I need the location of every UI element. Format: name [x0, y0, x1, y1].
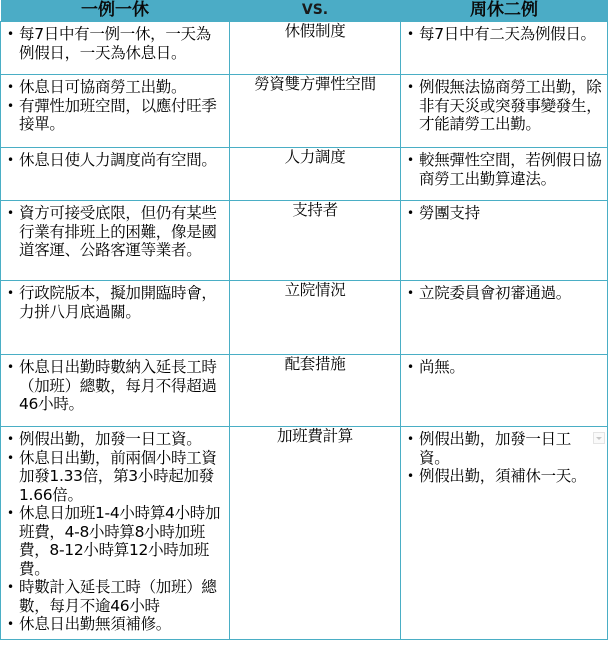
right-cell: •每7日中有二天為例假日。 — [401, 22, 608, 75]
list-item: •有彈性加班空間，以應付旺季接單。 — [7, 97, 225, 134]
left-cell: •休息日可協商勞工出勤。 •有彈性加班空間，以應付旺季接單。 — [1, 75, 230, 148]
item-text: 立院委員會初審通過。 — [419, 284, 571, 302]
list-item: •每7日中有二天為例假日。 — [407, 25, 603, 44]
list-item: •休息日出勤無須補修。 — [7, 615, 225, 634]
list-item: •例假出勤，加發一日工資。 — [407, 430, 589, 467]
bullet-icon: • — [407, 467, 414, 486]
right-list: •例假無法協商勞工出勤，除非有天災或突發事變發生，才能請勞工出勤。 — [401, 75, 607, 134]
header-row: 一例一休 VS. 周休二例 — [1, 0, 608, 22]
bullet-icon: • — [7, 97, 14, 116]
bullet-icon: • — [7, 615, 14, 634]
right-list: •勞團支持 — [401, 201, 607, 223]
right-list: •例假出勤，加發一日工資。 •例假出勤，須補休一天。 — [401, 427, 607, 486]
category-cell: 勞資雙方彈性空間 — [230, 75, 401, 148]
item-text: 休息日可協商勞工出勤。 — [19, 78, 186, 96]
bullet-icon: • — [7, 430, 14, 449]
list-item: •休息日可協商勞工出勤。 — [7, 78, 225, 97]
list-item: •較無彈性空間，若例假日協商勞工出勤算違法。 — [407, 151, 603, 188]
right-cell: •較無彈性空間，若例假日協商勞工出勤算違法。 — [401, 148, 608, 201]
left-list: •行政院版本，擬加開臨時會，力拼八月底過關。 — [1, 281, 229, 321]
list-item: •立院委員會初審通過。 — [407, 284, 603, 303]
category-cell: 配套措施 — [230, 355, 401, 427]
left-list: •休息日出勤時數納入延長工時（加班）總數，每月不得超過46小時。 — [1, 355, 229, 414]
list-item: •休息日加班1-4小時算4小時加班費，4-8小時算8小時加班費，8-12小時算1… — [7, 504, 225, 578]
item-text: 例假出勤，須補休一天。 — [419, 467, 586, 485]
list-item: •休息日使人力調度尚有空間。 — [7, 151, 225, 170]
item-text: 每7日中有一例一休，一天為例假日，一天為休息日。 — [19, 25, 211, 62]
bullet-icon: • — [7, 78, 14, 97]
list-item: •勞團支持 — [407, 204, 603, 223]
bullet-icon: • — [407, 78, 414, 97]
header-middle: VS. — [230, 0, 401, 22]
header-right: 周休二例 — [401, 0, 608, 22]
table-row: •休息日使人力調度尚有空間。 人力調度 •較無彈性空間，若例假日協商勞工出勤算違… — [1, 148, 608, 201]
right-cell: •勞團支持 — [401, 201, 608, 281]
left-list: •例假出勤，加發一日工資。 •休息日出勤，前兩個小時工資加發1.33倍，第3小時… — [1, 427, 229, 634]
item-text: 休息日出勤時數納入延長工時（加班）總數，每月不得超過46小時。 — [19, 358, 217, 413]
left-cell: •每7日中有一例一休，一天為例假日，一天為休息日。 — [1, 22, 230, 75]
right-cell: •例假無法協商勞工出勤，除非有天災或突發事變發生，才能請勞工出勤。 — [401, 75, 608, 148]
list-item: •休息日出勤，前兩個小時工資加發1.33倍，第3小時起加發1.66倍。 — [7, 449, 225, 505]
left-list: •休息日使人力調度尚有空間。 — [1, 148, 229, 170]
table-row: •休息日可協商勞工出勤。 •有彈性加班空間，以應付旺季接單。 勞資雙方彈性空間 … — [1, 75, 608, 148]
category-cell: 休假制度 — [230, 22, 401, 75]
right-cell: •尚無。 — [401, 355, 608, 427]
table-row: •每7日中有一例一休，一天為例假日，一天為休息日。 休假制度 •每7日中有二天為… — [1, 22, 608, 75]
category-cell: 支持者 — [230, 201, 401, 281]
item-text: 休息日出勤，前兩個小時工資加發1.33倍，第3小時起加發1.66倍。 — [19, 449, 217, 504]
category-cell: 加班費計算 — [230, 427, 401, 640]
bullet-icon: • — [407, 358, 414, 377]
bullet-icon: • — [407, 284, 414, 303]
table-row: •資方可接受底限，但仍有某些行業有排班上的困難，像是國道客運、公路客運等業者。 … — [1, 201, 608, 281]
bullet-icon: • — [407, 25, 414, 44]
item-text: 例假出勤，加發一日工資。 — [19, 430, 201, 448]
left-list: •資方可接受底限，但仍有某些行業有排班上的困難，像是國道客運、公路客運等業者。 — [1, 201, 229, 260]
header-left: 一例一休 — [1, 0, 230, 22]
bullet-icon: • — [7, 358, 14, 377]
item-text: 尚無。 — [419, 358, 465, 376]
bullet-icon: • — [7, 504, 14, 523]
bullet-icon: • — [407, 430, 414, 449]
item-text: 例假無法協商勞工出勤，除非有天災或突發事變發生，才能請勞工出勤。 — [419, 78, 601, 133]
item-text: 資方可接受底限，但仍有某些行業有排班上的困難，像是國道客運、公路客運等業者。 — [19, 204, 217, 259]
item-text: 休息日出勤無須補修。 — [19, 615, 171, 633]
table-row: •行政院版本，擬加開臨時會，力拼八月底過關。 立院情況 •立院委員會初審通過。 — [1, 281, 608, 355]
table-row: •例假出勤，加發一日工資。 •休息日出勤，前兩個小時工資加發1.33倍，第3小時… — [1, 427, 608, 640]
list-item: •尚無。 — [407, 358, 603, 377]
chevron-down-icon[interactable] — [593, 432, 605, 444]
right-cell: •例假出勤，加發一日工資。 •例假出勤，須補休一天。 — [401, 427, 608, 640]
right-list: •立院委員會初審通過。 — [401, 281, 607, 303]
list-item: •例假出勤，加發一日工資。 — [7, 430, 225, 449]
bullet-icon: • — [7, 284, 14, 303]
bullet-icon: • — [7, 578, 14, 597]
category-cell: 立院情況 — [230, 281, 401, 355]
left-cell: •例假出勤，加發一日工資。 •休息日出勤，前兩個小時工資加發1.33倍，第3小時… — [1, 427, 230, 640]
right-cell: •立院委員會初審通過。 — [401, 281, 608, 355]
item-text: 每7日中有二天為例假日。 — [419, 25, 596, 43]
bullet-icon: • — [407, 204, 414, 223]
list-item: •例假出勤，須補休一天。 — [407, 467, 589, 486]
right-list: •每7日中有二天為例假日。 — [401, 22, 607, 44]
comparison-table: 一例一休 VS. 周休二例 •每7日中有一例一休，一天為例假日，一天為休息日。 … — [0, 0, 608, 640]
item-text: 勞團支持 — [419, 204, 480, 222]
bullet-icon: • — [7, 449, 14, 468]
list-item: •行政院版本，擬加開臨時會，力拼八月底過關。 — [7, 284, 225, 321]
list-item: •例假無法協商勞工出勤，除非有天災或突發事變發生，才能請勞工出勤。 — [407, 78, 603, 134]
item-text: 休息日使人力調度尚有空間。 — [19, 151, 217, 169]
bullet-icon: • — [7, 204, 14, 223]
table-row: •休息日出勤時數納入延長工時（加班）總數，每月不得超過46小時。 配套措施 •尚… — [1, 355, 608, 427]
item-text: 時數計入延長工時（加班）總數，每月不逾46小時 — [19, 578, 217, 615]
category-cell: 人力調度 — [230, 148, 401, 201]
left-list: •休息日可協商勞工出勤。 •有彈性加班空間，以應付旺季接單。 — [1, 75, 229, 134]
item-text: 行政院版本，擬加開臨時會，力拼八月底過關。 — [19, 284, 217, 321]
list-item: •時數計入延長工時（加班）總數，每月不逾46小時 — [7, 578, 225, 615]
right-list: •尚無。 — [401, 355, 607, 377]
item-text: 較無彈性空間，若例假日協商勞工出勤算違法。 — [419, 151, 601, 188]
list-item: •每7日中有一例一休，一天為例假日，一天為休息日。 — [7, 25, 225, 62]
left-cell: •休息日使人力調度尚有空間。 — [1, 148, 230, 201]
left-cell: •資方可接受底限，但仍有某些行業有排班上的困難，像是國道客運、公路客運等業者。 — [1, 201, 230, 281]
item-text: 例假出勤，加發一日工資。 — [419, 430, 571, 467]
list-item: •休息日出勤時數納入延長工時（加班）總數，每月不得超過46小時。 — [7, 358, 225, 414]
left-cell: •行政院版本，擬加開臨時會，力拼八月底過關。 — [1, 281, 230, 355]
bullet-icon: • — [7, 25, 14, 44]
item-text: 有彈性加班空間，以應付旺季接單。 — [19, 97, 217, 134]
item-text: 休息日加班1-4小時算4小時加班費，4-8小時算8小時加班費，8-12小時算12… — [19, 504, 220, 578]
bullet-icon: • — [7, 151, 14, 170]
list-item: •資方可接受底限，但仍有某些行業有排班上的困難，像是國道客運、公路客運等業者。 — [7, 204, 225, 260]
left-list: •每7日中有一例一休，一天為例假日，一天為休息日。 — [1, 22, 229, 62]
left-cell: •休息日出勤時數納入延長工時（加班）總數，每月不得超過46小時。 — [1, 355, 230, 427]
right-list: •較無彈性空間，若例假日協商勞工出勤算違法。 — [401, 148, 607, 188]
bullet-icon: • — [407, 151, 414, 170]
